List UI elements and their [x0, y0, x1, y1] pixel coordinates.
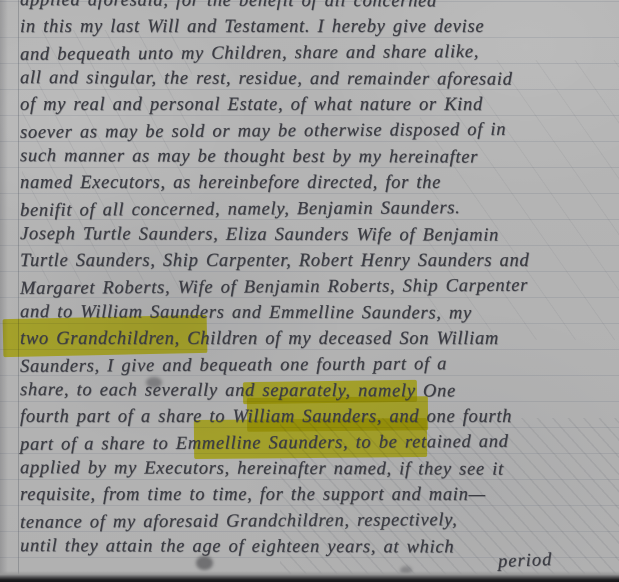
manuscript-line: part of a share to Emmelline Saunders, t… — [20, 428, 612, 458]
manuscript-line: Margaret Roberts, Wife of Benjamin Rober… — [20, 272, 612, 302]
manuscript-line: named Executors, as hereinbefore directe… — [20, 170, 612, 196]
manuscript-line: applied by my Executors, hereinafter nam… — [20, 455, 612, 483]
manuscript-line: soever as may be sold or may be otherwis… — [20, 116, 612, 146]
manuscript-line: fourth part of a share to William Saunde… — [20, 404, 612, 430]
manuscript-line: Turtle Saunders, Ship Carpenter, Robert … — [20, 248, 612, 274]
manuscript-line: requisite, from time to time, for the su… — [20, 482, 612, 508]
manuscript-line: and to William Saunders and Emmelline Sa… — [20, 299, 612, 327]
manuscript-text: applied aforesaid, for the benefit of al… — [20, 0, 612, 560]
left-edge-shadow — [0, 0, 8, 582]
manuscript-word-period: period — [498, 550, 553, 573]
manuscript-line: two Grandchildren, Children of my deceas… — [20, 326, 612, 352]
manuscript-line: such manner as may be thought best by my… — [20, 143, 612, 171]
manuscript-line: tenance of my aforesaid Grandchildren, r… — [20, 506, 612, 536]
manuscript-line: of my real and personal Estate, of what … — [20, 92, 612, 118]
manuscript-line: and bequeath unto my Children, share and… — [20, 38, 612, 68]
manuscript-page: applied aforesaid, for the benefit of al… — [0, 0, 619, 582]
left-margin-rule — [18, 0, 19, 582]
manuscript-line: benifit of all concerned, namely, Benjam… — [20, 194, 612, 224]
manuscript-line: share, to each severally and separately,… — [20, 377, 612, 405]
manuscript-line-partial: applied aforesaid, for the benefit of al… — [20, 0, 612, 15]
manuscript-line: in this my last Will and Testament. I he… — [20, 14, 612, 40]
manuscript-line: all and singular, the rest, residue, and… — [20, 65, 612, 93]
page-bottom-edge — [0, 571, 619, 582]
manuscript-line: Saunders, I give and bequeath one fourth… — [20, 350, 612, 380]
manuscript-line: Joseph Turtle Saunders, Eliza Saunders W… — [20, 221, 612, 249]
